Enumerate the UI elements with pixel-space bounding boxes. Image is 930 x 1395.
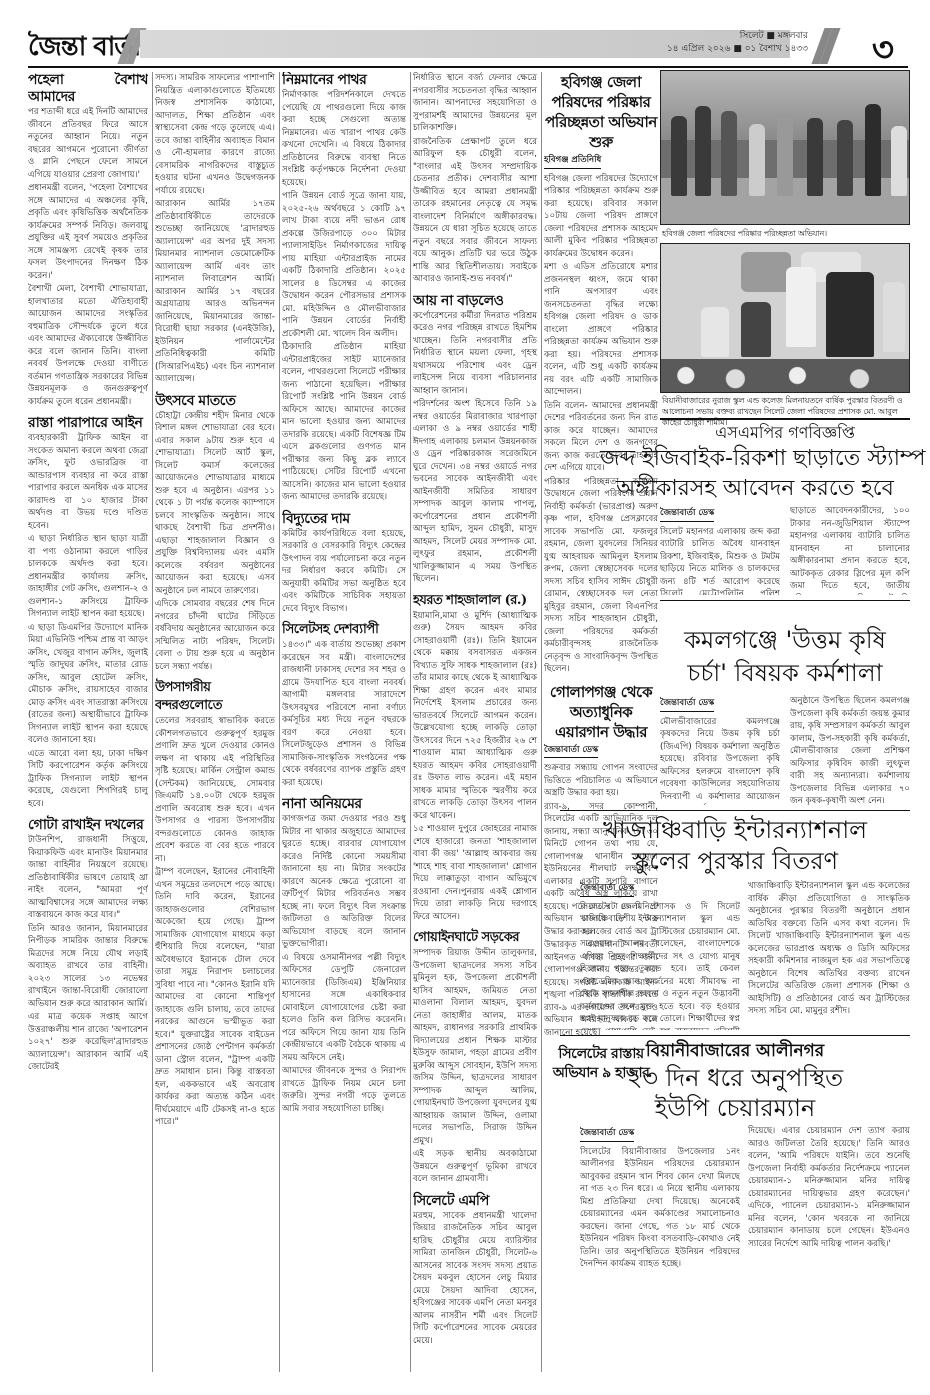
column-divider (279, 72, 280, 1372)
article-text: এ ছাড়া নির্ধারিত স্থান ছাড়া যাত্রী বা … (28, 533, 148, 621)
article-text: ইয়ামানি,মামা ও মুর্শিদ (আধ্যাত্মিক গুরু… (413, 610, 537, 823)
headline-up-2: ইউপি চেয়ারম্যান (560, 1093, 910, 1123)
person-figure (741, 302, 771, 357)
flower-decoration (661, 359, 909, 392)
headline-sylhet-mp: সিলেটে এমপি (413, 1192, 537, 1210)
article-text: মরহুম, সাবেক প্রধানমন্ত্রী খালেদা জিয়ার… (413, 1210, 537, 1348)
headline-habiganj-cleanliness: হবিগঞ্জ জেলা পরিষদের পরিষ্কার পরিচ্ছন্নত… (544, 72, 658, 152)
byline: হবিগঞ্জ প্রতিনিধি (544, 154, 601, 169)
article-text: ব্যবহারকারী ট্রাফিক আইন বা সংকেত অমান্য … (28, 432, 148, 532)
article-text: ট্রাম্প বলেছেন, ইরানের নৌবাহিনী এখন সমুদ… (155, 866, 275, 1129)
article-text: কমিটির কার্যপরিধিতে বলা হয়েছে, সরকারি ও… (282, 528, 406, 616)
article-text: এদিকে সোমবার বছরের শেষ দিনে নগরের চাঁদনী… (155, 598, 275, 673)
article-text: পর শতাব্দী ধরে এই দিনটি আমাদের জীবনে প্র… (28, 106, 148, 181)
person-figure (701, 307, 729, 357)
byline: জৈন্তাবার্তা ডেস্ক (660, 697, 714, 712)
article-text: এই সড়ক স্থানীয় অবকাঠামো উন্নয়নে গুরুত… (413, 1148, 537, 1186)
article-text: কর্পোরেশনের কর্মীরা দিনরাত পরিশ্রম করেও … (413, 310, 537, 398)
byline: জৈন্তাবার্তা ডেস্ক (544, 744, 598, 759)
article-text: পরিদর্শনের অংশ হিসেবে তিনি ১৯ নম্বর ওয়া… (413, 398, 537, 586)
headline-airgun-recovered: গোলাপগঞ্জ থেকে অত্যাধুনিক এয়ারগান উদ্ধা… (544, 682, 658, 742)
headline-gowainghat-road: গোয়াইনঘাটে সড়কের (413, 929, 537, 947)
byline: জৈন্তাবার্তা ডেস্ক (660, 507, 714, 522)
dateline: সিলেট ■ মঙ্গলবার ১৪ এপ্রিল ২০২৬ ■ ০১ বৈশ… (667, 30, 808, 56)
person-figure (786, 267, 816, 347)
article-text: নির্ধারিত স্থানে বর্জ্য ফেলার ক্ষেত্রে ন… (413, 72, 537, 135)
up-left-column: জৈন্তাবার্তা ডেস্ক সিলেটের বিয়ানীবাজার … (580, 1125, 740, 1375)
up-right-column: দিয়েছে। এবার চেয়ারম্যান দেশ ত্যাগ করায… (748, 1125, 910, 1375)
event-banner (741, 252, 791, 292)
person-figure (777, 114, 793, 196)
person-figure (749, 124, 765, 196)
article-text: এ ছাড়া ডিএমপির উদ্যোগে মানিক মিয়া এভিন… (28, 622, 148, 747)
person-figure (883, 282, 905, 352)
headline-electricity-price: বিদ্যুতের দাম (282, 510, 406, 528)
article-text: মৌলভীবাজারের কমলগঞ্জে কৃষকদের নিয়ে উত্ত… (660, 716, 780, 806)
headline-gulf-ports: উপসাগরীয় বন্দরগুলোতে (155, 679, 275, 715)
column-divider (152, 72, 153, 1372)
headline-low-quality-stone: নিম্নমানের পাথর (282, 72, 406, 89)
person-figure (891, 126, 907, 196)
person-figure (721, 111, 737, 196)
kicker-smp-notice: এসএমপির গণবিজ্ঞপ্তি (660, 423, 910, 443)
person-figure (865, 104, 881, 196)
article-text: নির্মাণকাজ পরিদর্শনকালে দেখতে পেয়েছি যে… (282, 89, 406, 189)
headline-krishi-2: চর্চা' বিষয়ক কর্মশালা (660, 658, 910, 688)
speaker-figure (826, 272, 874, 357)
byline: জৈন্তাবার্তা ডেস্ক (580, 1127, 634, 1142)
headline-school-2: স্কুলের পুরস্কার বিতরণ (560, 846, 910, 876)
article-text: তিনি আরও জানান, মিয়ানমারের নিপীড়ক সামর… (28, 923, 148, 1011)
krishi-right-column: অনুষ্ঠানে উপস্থিত ছিলেন কমলগঞ্জ উপজেলা ক… (790, 695, 910, 805)
article-text: ১৪৩৩।" এক বার্তায় শুভেচ্ছা প্রকাশ করেছে… (282, 639, 406, 789)
headline-sylhet-nationwide: সিলেটসহ দেশব্যাপী (282, 621, 406, 639)
article-text: পরিষ্কার পরিচ্ছন্নতা কার্যক্রম উদ্বোধনে … (544, 476, 658, 676)
masthead: জৈন্তা বার্তা সিলেট ■ মঙ্গলবার ১৪ এপ্রিল… (28, 26, 908, 66)
article-text: পানি উন্নয়ন বোর্ড সূত্রে জানা যায়, ২০২… (282, 190, 406, 340)
article-text: হবিগঞ্জ জেলা পরিষদের উদ্যোগে পরিষ্কার পর… (544, 173, 658, 261)
article-text: মশা ও এডিস প্রতিরোধে মশার প্রজননস্থল ধ্ব… (544, 261, 658, 399)
article-text: সিলেটের বিয়ানীবাজার উপজেলার ১নং আলীনগর … (580, 1146, 740, 1271)
article-text: সদস্য। সামরিক সাফল্যের পাশাপাশি নিয়ন্ত্… (155, 72, 275, 197)
article-text: টাউনশিপ, রাজধানী সিত্তুয়ে, কিয়াকফিউ এব… (28, 834, 148, 922)
article-text: ছাড়াতে আবেদনকারীদের, ১০০ টাকার নন-জুডিশ… (790, 505, 910, 595)
headline-income: আয় না বাড়লেও (413, 292, 537, 310)
photo-caption: হবিগঞ্জ জেলা পরিষদের পরিষ্কার পরিচ্ছন্নত… (662, 228, 910, 239)
krishi-left-column: জৈন্তাবার্তা ডেস্ক মৌলভীবাজারের কমলগঞ্জে… (660, 695, 780, 805)
headline-up-1: ২৩ দিন ধরে অনুপস্থিত (560, 1063, 910, 1093)
article-text: এ বিষয়ে ওসমানীনগর পল্লী বিদ্যুৎ অফিসের … (282, 952, 406, 1065)
article-text: ১৫ শাওয়াল দুপুরে জোহরের নামাজ শেষে হাজা… (413, 823, 537, 923)
column-divider (410, 72, 411, 1372)
column-3: নিম্নমানের পাথর নির্মাণকাজ পরিদর্শনকালে … (282, 72, 406, 1372)
school-left-column: জৈন্তাবার্তা ডেস্ক সিলেটের জেলা প্রশাসক … (580, 880, 740, 1030)
issue-date: ১৪ এপ্রিল ২০২৬ ■ ০১ বৈশাখ ১৪৩৩ (667, 43, 808, 56)
person-figure (837, 120, 853, 196)
headline-smp-2: অঙ্গীকারসহ আবেদন করতে হবে (600, 475, 910, 502)
smp-left-column: জৈন্তাবার্তা ডেস্ক সিলেট মহানগর এলাকায় … (660, 505, 780, 595)
photo-cleanliness-drive (660, 70, 910, 225)
article-text: কাগজপত্র জমা দেওয়ার পরও শুধু মিটার না থ… (282, 813, 406, 951)
article-text: বৈশাখী মেলা, বৈশাখী শোভাযাত্রা, হালখাতার… (28, 283, 148, 408)
headline-krishi-1: কমলগঞ্জে 'উত্তম কৃষি (660, 625, 910, 655)
article-text: এর মাত্র কয়েক সপ্তাহ আগে উত্তরাঞ্চলীয় … (28, 1011, 148, 1074)
article-text: সিলেট মহানগর এলাকায় জব্দ করা ব্যাটারি চ… (660, 526, 780, 596)
article-text: শুক্রবার সন্ধ্যায় গোপন সংবাদের ভিত্তিতে… (544, 762, 658, 800)
school-right-column: খাজাঞ্চিবাড়ি ইন্টারন্যাশনাল স্কুল এন্ড … (748, 880, 910, 1030)
person-figure (671, 116, 687, 196)
article-text: সম্পাদক রিয়াজ উদ্দীন তালুকদার, উপজেলা ছ… (413, 947, 537, 1147)
kicker-alinagar: বিয়ানীবাজারের আলীনগর (560, 1040, 910, 1062)
byline: জৈন্তাবার্তা ডেস্ক (580, 882, 634, 897)
section-rule (660, 418, 910, 420)
headline-utsab: উৎসবে মাততে (155, 392, 275, 410)
section-rule (660, 600, 910, 601)
column-4: নির্ধারিত স্থানে বর্জ্য ফেলার ক্ষেত্রে ন… (413, 72, 537, 1372)
headline-school-1: খাজাঞ্চিবাড়ি ইন্টারন্যাশনাল (560, 815, 910, 845)
section-rule (560, 810, 910, 811)
headline-pohela-boishakh: পহেলা বৈশাখ আমাদের (28, 72, 148, 106)
article-text: সিলেটের জেলা প্রশাসক ও দি সিলেট খাজাঞ্চি… (580, 901, 740, 1031)
article-text: আরাকান আর্মির ১৭তম প্রতিষ্ঠাবার্ষিকীতে ত… (155, 198, 275, 386)
article-text: অনুষ্ঠানে উপস্থিত ছিলেন কমলগঞ্জ উপজেলা ক… (790, 695, 910, 805)
headline-smp-1: জব্দ ইজিবাইক-রিকশা ছাড়াতে স্ট্যাম্প (600, 445, 910, 472)
city-day: সিলেট ■ মঙ্গলবার (667, 30, 808, 43)
headline-irregularities: নানা অনিয়মের (282, 795, 406, 813)
person-figure (807, 118, 823, 196)
article-text: আমাদের জীবনকে সুন্দর ও নিরাপদ রাখতে ট্রা… (282, 1065, 406, 1115)
article-text: চৌহাট্টা কেন্দ্রীয় শহীদ মিনার থেকে বিশা… (155, 410, 275, 598)
article-text: এতে আরো বলা হয়, ঢাকা দক্ষিণ সিটি করপোরে… (28, 748, 148, 811)
column-1: পহেলা বৈশাখ আমাদের পর শতাব্দী ধরে এই দিন… (28, 72, 148, 1372)
article-text: দিয়েছে। এবার চেয়ারম্যান দেশ ত্যাগ করায… (748, 1125, 910, 1250)
photo-award-ceremony (660, 243, 910, 393)
section-rule (560, 1035, 910, 1036)
article-text: ঠিকাদারি প্রতিষ্ঠান মাহিয়া এন্টারপ্রাইজ… (282, 341, 406, 504)
person-figure (695, 106, 711, 196)
masthead-rule (28, 66, 908, 68)
article-text: প্রধানমন্ত্রী বলেন, 'পহেলা বৈশাখের সঙ্গে… (28, 182, 148, 282)
headline-rakhine: গোটা রাখাইন দখলের (28, 816, 148, 834)
smp-right-column: ছাড়াতে আবেদনকারীদের, ১০০ টাকার নন-জুডিশ… (790, 505, 910, 595)
article-text: তেলের সরবরাহ স্বাভাবিক করতে কৌশলগতভাবে গ… (155, 715, 275, 865)
article-text: খাজাঞ্চিবাড়ি ইন্টারন্যাশনাল স্কুল এন্ড … (748, 880, 910, 1018)
headline-shahjalal: হযরত শাহজালাল (র.) (413, 592, 537, 610)
column-divider (541, 72, 542, 1372)
column-2: সদস্য। সামরিক সাফল্যের পাশাপাশি নিয়ন্ত্… (155, 72, 275, 1372)
headline-road-crossing-law: রাস্তা পারাপারে আইন (28, 414, 148, 432)
article-text: রাজনৈতিক প্রেক্ষাপট তুলে ধরে আরিফুল হক চ… (413, 136, 537, 286)
